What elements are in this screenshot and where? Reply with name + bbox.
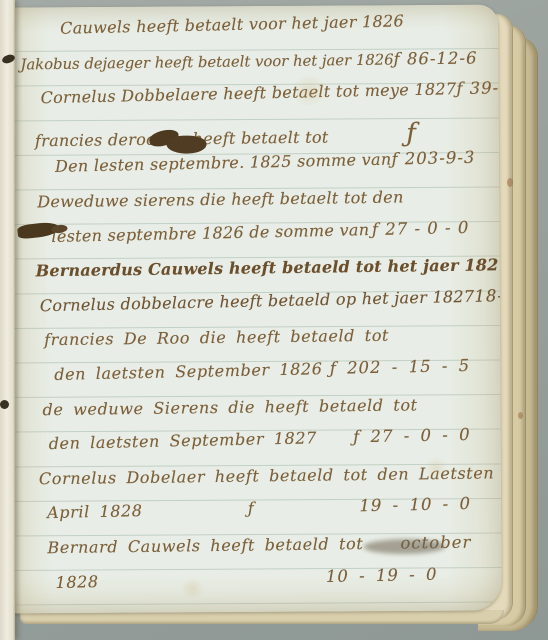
ledger-line-amount: ƒ 86-12-6: [393, 48, 477, 68]
foxing-stain: [180, 578, 206, 598]
ledger-line-amount: ƒ 203-9-3: [391, 148, 475, 169]
foxing-stain: [423, 457, 449, 479]
ledger-line: Cauwels heeft betaelt voor het jaer 1826: [34, 10, 469, 54]
ledger-line-amount: ƒ 202 - 15 - 5: [330, 356, 471, 378]
page-edge-stain: [507, 178, 513, 187]
ledger-line-text: 1828: [55, 572, 99, 592]
ink-speck: [0, 400, 9, 409]
ledger-line-amount: ƒ 27 - 0 - 0: [353, 425, 471, 447]
scanned-notebook-photo: Cauwels heeft betaelt voor het jaer 1826…: [0, 0, 548, 640]
ledger-line-amount: 10 - 19 - 0: [326, 564, 438, 585]
ledger-line-text: Bernard Cauwels heeft betaeld tot: [47, 534, 363, 557]
ledger-line-amount: 18-0-0: [474, 285, 502, 305]
ledger-line-text: Deweduwe sierens die heeft betaelt tot d…: [37, 187, 404, 211]
ledger-line-text: francies De Roo die heeft betaeld tot: [44, 326, 389, 350]
ledger-line-text: Jakobus dejaeger heeft betaelt voor het …: [20, 51, 393, 73]
foxing-stain: [289, 76, 331, 106]
ledger-line-text: April 1828: [47, 501, 143, 522]
ledger-line-amount: 19 - 10 - 0: [359, 494, 471, 515]
ledger-line-text: Cauwels heeft betaelt voor het jaer 1826: [60, 11, 404, 37]
ledger-line-amount: ƒ 39-0-0: [456, 78, 502, 99]
ledger-line-amount: ƒ: [406, 118, 417, 148]
ledger-entries: Cauwels heeft betaelt voor het jaer 1826…: [34, 17, 472, 608]
manuscript-page: Cauwels heeft betaelt voor het jaer 1826…: [8, 5, 502, 614]
page-edge-stain: [518, 412, 523, 419]
facing-page-edge: [0, 0, 15, 640]
currency-sign: ƒ: [248, 499, 255, 518]
ledger-line-amount: ƒ 27 - 0 - 0: [372, 217, 470, 238]
